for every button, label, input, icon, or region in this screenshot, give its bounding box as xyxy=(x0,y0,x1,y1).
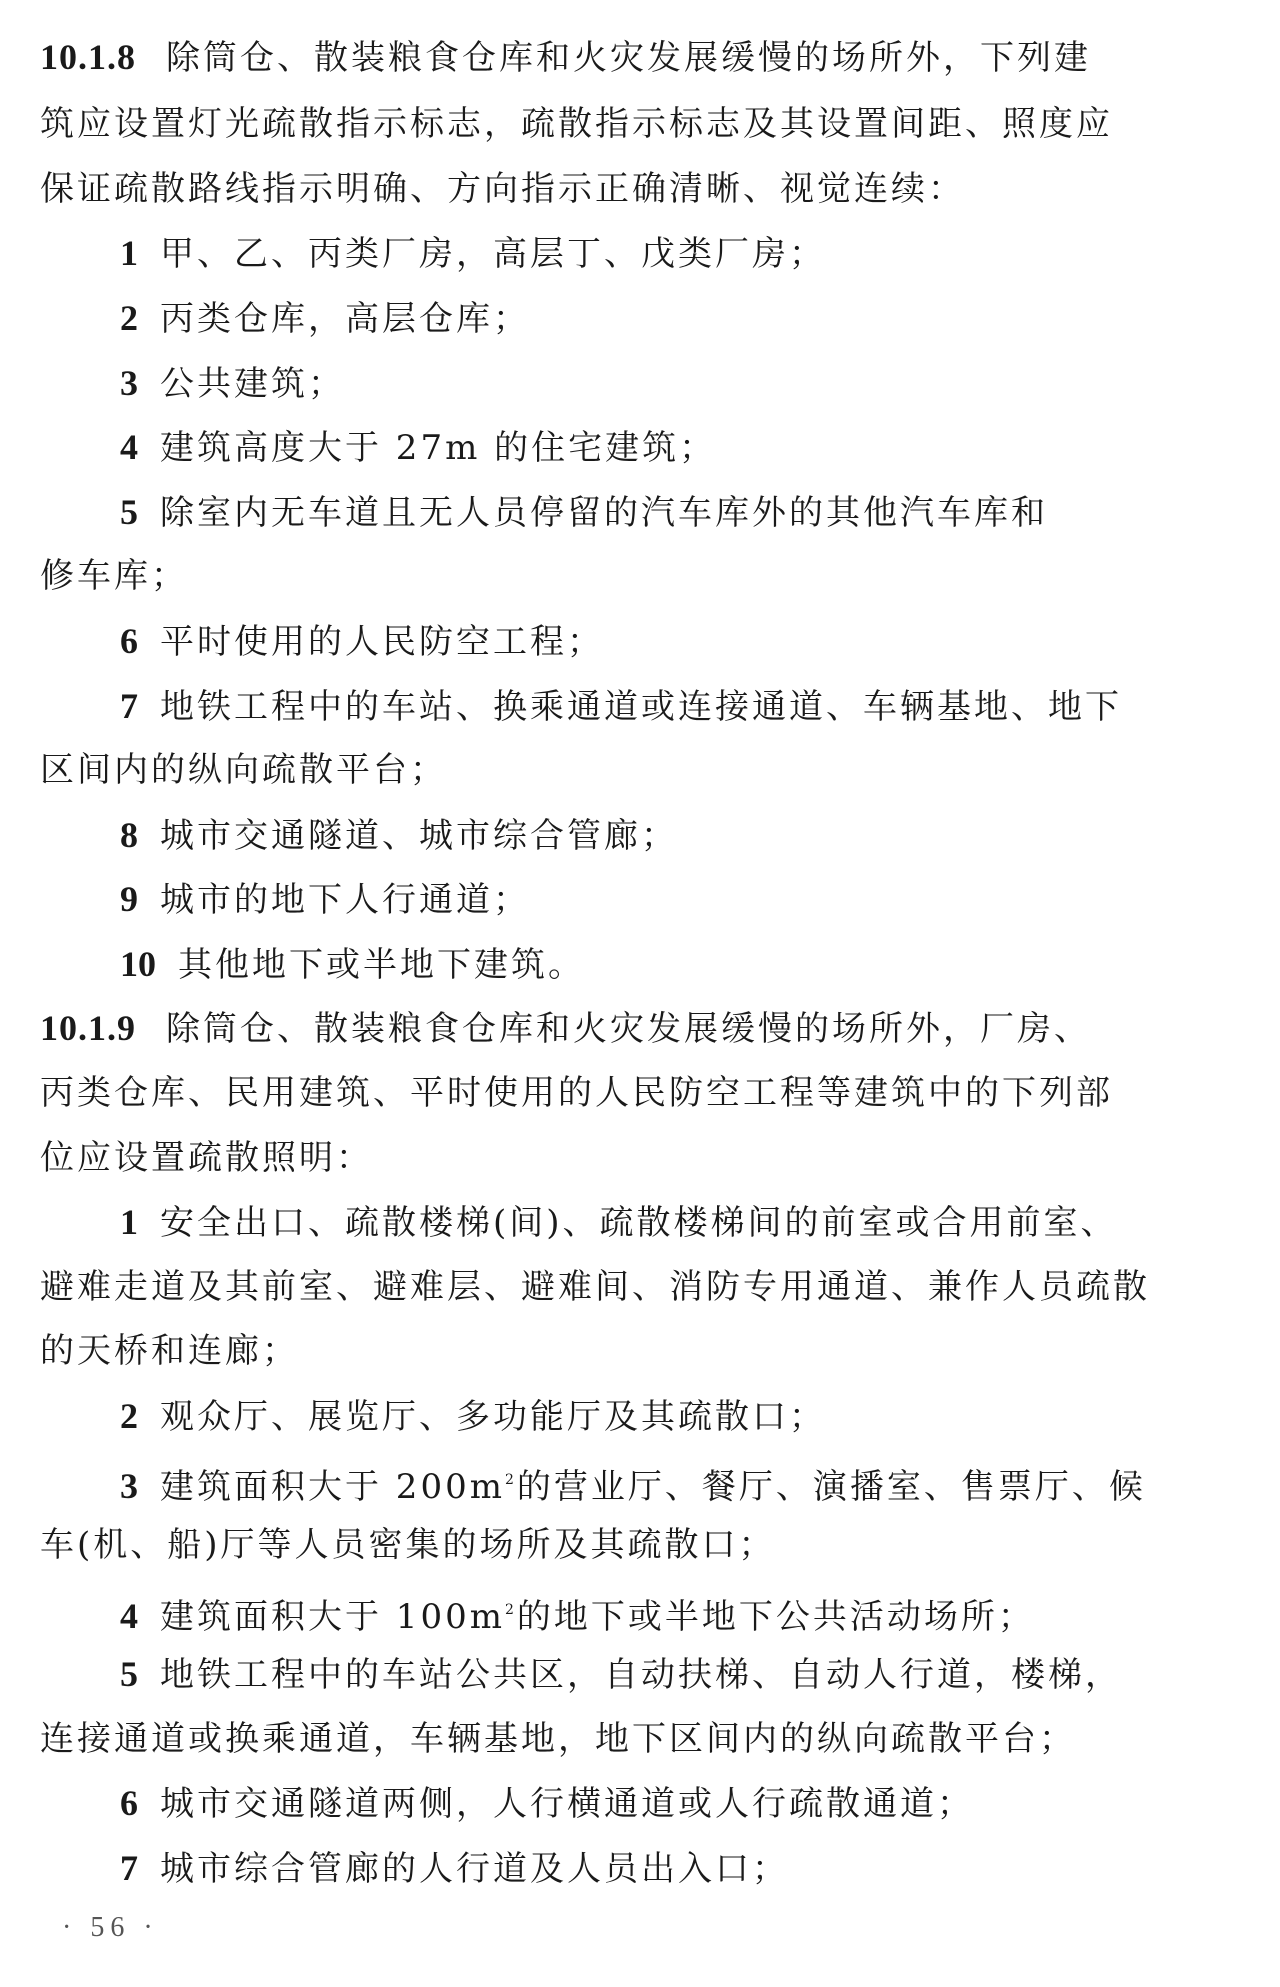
item-number: 7 xyxy=(120,686,138,726)
item-number: 5 xyxy=(120,1654,138,1694)
superscript: 2 xyxy=(505,1472,517,1488)
list-item: 1甲、乙、丙类厂房，高层丁、戊类厂房； xyxy=(120,233,1240,274)
document-page: 10.1.8除筒仓、散装粮食仓库和火灾发展缓慢的场所外，下列建 筑应设置灯光疏散… xyxy=(0,0,1280,1987)
list-item: 8城市交通隧道、城市综合管廊； xyxy=(120,815,1240,856)
list-item: 7城市综合管廊的人行道及人员出入口； xyxy=(120,1848,1240,1889)
item-text: 城市交通隧道两侧，人行横通道或人行疏散通道； xyxy=(160,1784,974,1824)
clause-10-1-9-line-3: 位应设置疏散照明： xyxy=(40,1138,1240,1178)
text-part: 的地下或半地下公共活动场所； xyxy=(517,1597,1035,1637)
clause-10-1-8-line-1: 10.1.8除筒仓、散装粮食仓库和火灾发展缓慢的场所外，下列建 xyxy=(40,37,1240,78)
item-number: 9 xyxy=(120,879,138,919)
list-item-continuation: 区间内的纵向疏散平台； xyxy=(40,750,1240,790)
item-number: 10 xyxy=(120,944,156,984)
item-text: 丙类仓库，高层仓库； xyxy=(160,299,530,339)
item-text: 城市的地下人行通道； xyxy=(160,880,530,920)
item-text: 观众厅、展览厅、多功能厅及其疏散口； xyxy=(160,1397,826,1437)
text-part: 建筑面积大于 100m xyxy=(160,1597,505,1637)
clause-text: 除筒仓、散装粮食仓库和火灾发展缓慢的场所外，下列建 xyxy=(166,38,1091,78)
list-item-continuation: 的天桥和连廊； xyxy=(40,1331,1240,1371)
page-number: · 56 · xyxy=(62,1912,159,1944)
item-text: 平时使用的人民防空工程； xyxy=(160,622,604,662)
clause-10-1-9-line-1: 10.1.9除筒仓、散装粮食仓库和火灾发展缓慢的场所外，厂房、 xyxy=(40,1008,1240,1049)
list-item: 3建筑面积大于 200m2的营业厅、餐厅、演播室、售票厅、候 xyxy=(120,1460,1240,1507)
list-item: 10其他地下或半地下建筑。 xyxy=(120,944,1240,985)
list-item: 7地铁工程中的车站、换乘通道或连接通道、车辆基地、地下 xyxy=(120,686,1240,727)
item-number: 1 xyxy=(120,1202,138,1242)
item-number: 1 xyxy=(120,233,138,273)
superscript: 2 xyxy=(505,1602,517,1618)
item-number: 2 xyxy=(120,298,138,338)
item-number: 6 xyxy=(120,1783,138,1823)
clause-number: 10.1.9 xyxy=(40,1008,136,1048)
clause-10-1-8-line-3: 保证疏散路线指示明确、方向指示正确清晰、视觉连续： xyxy=(40,169,1240,209)
item-text: 城市交通隧道、城市综合管廊； xyxy=(160,816,678,856)
item-text: 安全出口、疏散楼梯(间)、疏散楼梯间的前室或合用前室、 xyxy=(160,1203,1118,1243)
item-number: 8 xyxy=(120,815,138,855)
list-item: 5除室内无车道且无人员停留的汽车库外的其他汽车库和 xyxy=(120,492,1240,533)
list-item: 2观众厅、展览厅、多功能厅及其疏散口； xyxy=(120,1396,1240,1437)
clause-10-1-8-line-2: 筑应设置灯光疏散指示标志，疏散指示标志及其设置间距、照度应 xyxy=(40,104,1240,144)
item-number: 7 xyxy=(120,1848,138,1888)
item-text: 城市综合管廊的人行道及人员出入口； xyxy=(160,1849,789,1889)
list-item: 9城市的地下人行通道； xyxy=(120,879,1240,920)
clause-text: 除筒仓、散装粮食仓库和火灾发展缓慢的场所外，厂房、 xyxy=(166,1009,1091,1049)
list-item: 2丙类仓库，高层仓库； xyxy=(120,298,1240,339)
list-item: 5地铁工程中的车站公共区，自动扶梯、自动人行道，楼梯， xyxy=(120,1654,1240,1695)
item-text: 除室内无车道且无人员停留的汽车库外的其他汽车库和 xyxy=(160,493,1048,533)
item-number: 3 xyxy=(120,363,138,403)
list-item-continuation: 避难走道及其前室、避难层、避难间、消防专用通道、兼作人员疏散 xyxy=(40,1267,1240,1307)
item-text: 地铁工程中的车站公共区，自动扶梯、自动人行道，楼梯， xyxy=(160,1655,1122,1695)
item-number: 4 xyxy=(120,1596,138,1636)
list-item: 6城市交通隧道两侧，人行横通道或人行疏散通道； xyxy=(120,1783,1240,1824)
list-item: 4建筑面积大于 100m2的地下或半地下公共活动场所； xyxy=(120,1590,1240,1637)
list-item: 4建筑高度大于 27m 的住宅建筑； xyxy=(120,427,1240,468)
list-item-continuation: 连接通道或换乘通道，车辆基地，地下区间内的纵向疏散平台； xyxy=(40,1719,1240,1759)
item-text: 建筑面积大于 100m2的地下或半地下公共活动场所； xyxy=(160,1597,1035,1637)
text-part: 的营业厅、餐厅、演播室、售票厅、候 xyxy=(517,1467,1146,1507)
item-text: 其他地下或半地下建筑。 xyxy=(178,945,585,985)
item-number: 3 xyxy=(120,1466,138,1506)
item-number: 4 xyxy=(120,427,138,467)
list-item-continuation: 车(机、船)厅等人员密集的场所及其疏散口； xyxy=(40,1525,1240,1565)
item-text: 甲、乙、丙类厂房，高层丁、戊类厂房； xyxy=(160,234,826,274)
item-number: 5 xyxy=(120,492,138,532)
list-item-continuation: 修车库； xyxy=(40,556,1240,596)
item-number: 6 xyxy=(120,621,138,661)
text-part: 建筑面积大于 200m xyxy=(160,1467,505,1507)
item-text: 公共建筑； xyxy=(160,364,345,404)
item-text: 地铁工程中的车站、换乘通道或连接通道、车辆基地、地下 xyxy=(160,687,1122,727)
item-text: 建筑高度大于 27m 的住宅建筑； xyxy=(160,428,716,468)
item-number: 2 xyxy=(120,1396,138,1436)
list-item: 3公共建筑； xyxy=(120,363,1240,404)
list-item: 1安全出口、疏散楼梯(间)、疏散楼梯间的前室或合用前室、 xyxy=(120,1202,1240,1243)
item-text: 建筑面积大于 200m2的营业厅、餐厅、演播室、售票厅、候 xyxy=(160,1467,1146,1507)
clause-number: 10.1.8 xyxy=(40,37,136,77)
clause-10-1-9-line-2: 丙类仓库、民用建筑、平时使用的人民防空工程等建筑中的下列部 xyxy=(40,1073,1240,1113)
list-item: 6平时使用的人民防空工程； xyxy=(120,621,1240,662)
